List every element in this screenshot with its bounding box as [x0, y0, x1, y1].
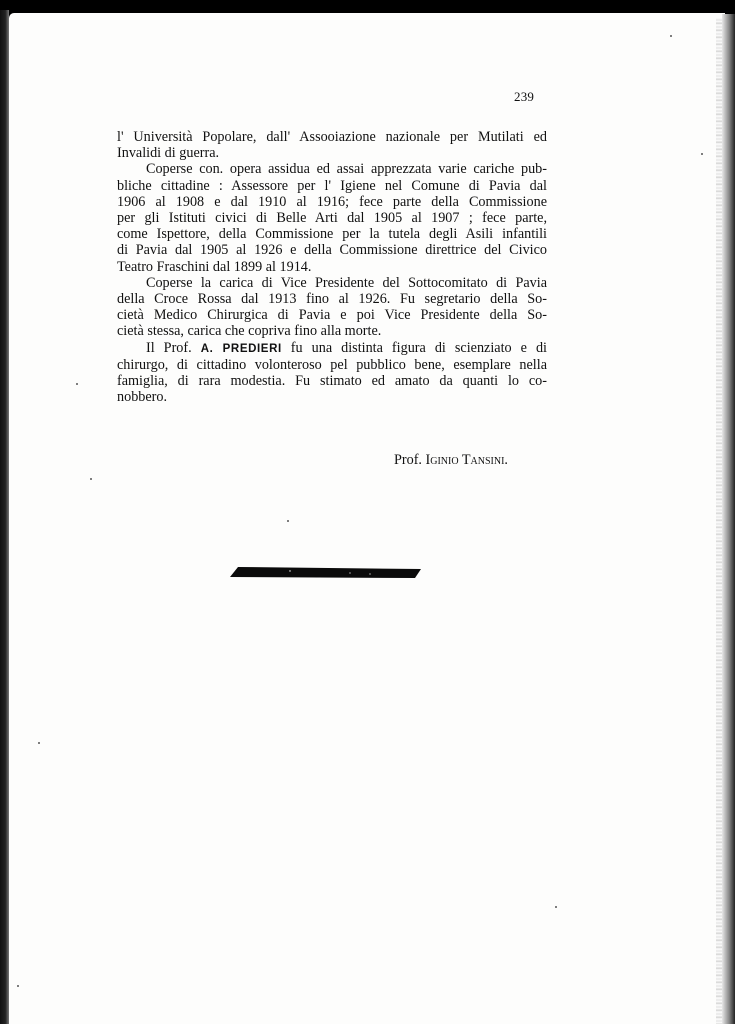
text-line: per gli Istituti civici di Belle Arti da… — [117, 210, 547, 226]
text-line: cietà stessa, carica che copriva fino al… — [117, 323, 547, 339]
text-run: fu una distinta figura di scienziato e d… — [282, 340, 547, 356]
text-line: bliche cittadine : Assessore per l' Igie… — [117, 178, 547, 194]
text-line: della Croce Rossa dal 1913 fino al 1926.… — [117, 291, 547, 307]
scanned-page-background: 239 l' Università Popolare, dall' Assooi… — [0, 0, 735, 1024]
signature: Prof. Iginio Tansini. — [394, 452, 508, 468]
signature-title: Prof. — [394, 452, 422, 468]
paragraph-2: Coperse con. opera assidua ed assai appr… — [117, 161, 547, 274]
scan-speck — [701, 153, 703, 155]
decorative-rule-ornament — [230, 566, 422, 579]
page-number: 239 — [514, 89, 534, 105]
text-line: famiglia, di rara modestia. Fu stimato e… — [117, 373, 547, 389]
scan-speck — [38, 742, 40, 744]
scan-speck — [90, 478, 92, 480]
scan-speck — [76, 383, 78, 385]
text-line: 1906 al 1908 e dal 1910 al 1916; fece pa… — [117, 194, 547, 210]
signature-name: Iginio Tansini. — [426, 452, 508, 468]
text-line: di Pavia dal 1905 al 1926 e della Commis… — [117, 242, 547, 258]
paragraph-4: Il Prof. A. PREDIERI fu una distinta fig… — [117, 340, 547, 406]
text-line: nobbero. — [117, 389, 547, 405]
paragraph-3: Coperse la carica di Vice Presidente del… — [117, 275, 547, 340]
scan-speck — [287, 520, 289, 522]
text-line: Il Prof. A. PREDIERI fu una distinta fig… — [117, 340, 547, 357]
paragraph-1: l' Università Popolare, dall' Assooiazio… — [117, 129, 547, 161]
text-line: Coperse la carica di Vice Presidente del… — [117, 275, 547, 291]
text-line: Invalidi di guerra. — [117, 145, 547, 161]
scan-left-edge — [0, 10, 9, 1024]
text-line: cietà Medico Chirurgica di Pavia e poi V… — [117, 307, 547, 323]
text-run: Il Prof. — [146, 340, 201, 356]
text-line: Coperse con. opera assidua ed assai appr… — [117, 161, 547, 177]
text-line: l' Università Popolare, dall' Assooiazio… — [117, 129, 547, 145]
text-line: chirurgo, di cittadino volonteroso pel p… — [117, 357, 547, 373]
person-name: A. PREDIERI — [201, 343, 282, 355]
body-text: l' Università Popolare, dall' Assooiazio… — [117, 129, 547, 405]
scan-speck — [17, 985, 19, 987]
scan-right-edge — [722, 14, 735, 1024]
text-line: come Ispettore, della Commissione per la… — [117, 226, 547, 242]
scan-speck — [670, 35, 672, 37]
scan-speck — [555, 906, 557, 908]
text-line: Teatro Fraschini dal 1899 al 1914. — [117, 259, 547, 275]
